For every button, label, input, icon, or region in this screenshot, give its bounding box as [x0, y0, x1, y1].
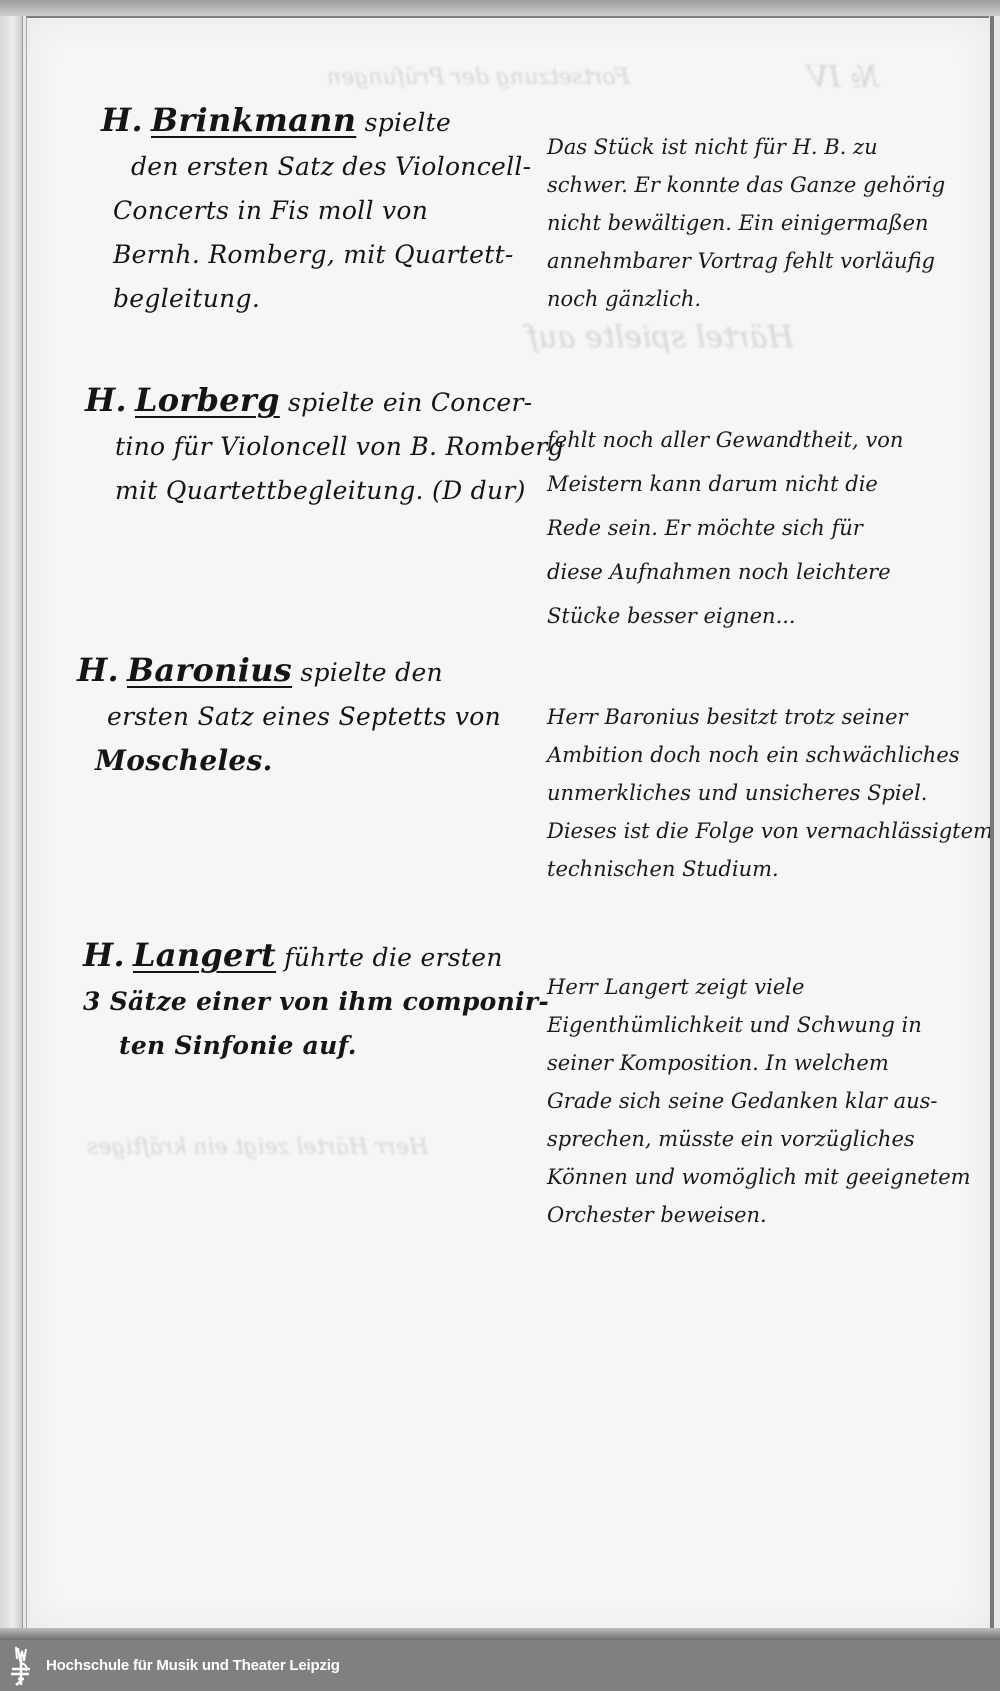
manuscript-page: Fortsetzung der Prüfungen № IV Härtel sp… — [26, 16, 989, 1630]
entry-text: spielte den — [300, 658, 443, 687]
critique-text: schwer. Er konnte das Ganze gehörig — [547, 166, 945, 204]
bleed-through-text: Herr Härtel zeigt ein kräftiges — [87, 1128, 428, 1168]
critique-text: Stücke besser eignen... — [547, 594, 903, 638]
page-top-edge — [0, 0, 1000, 16]
entry-text: führte die ersten — [284, 943, 503, 972]
bleed-through-text: Härtel spielte auf — [527, 318, 794, 358]
critique-text: noch gänzlich. — [547, 280, 945, 318]
critique-text: technischen Studium. — [547, 850, 993, 888]
entry-text: Moscheles. — [77, 739, 501, 783]
critique-text: Herr Baronius besitzt trotz seiner — [547, 698, 993, 736]
critique-text: annehmbarer Vortrag fehlt vorläufig — [547, 242, 945, 280]
critique-text: seiner Komposition. In welchem — [547, 1044, 971, 1082]
critique-text: Ambition doch noch ein schwächliches — [547, 736, 993, 774]
page-bottom-edge — [0, 1628, 1000, 1640]
entry-text: spielte ein Concer- — [288, 388, 532, 417]
title-prefix: H. — [85, 381, 127, 419]
binding-edge — [0, 0, 23, 1640]
performer-name: Langert — [133, 936, 276, 974]
title-prefix: H. — [77, 651, 119, 689]
performer-name: Brinkmann — [151, 101, 356, 139]
critique-text: sprechen, müsste ein vorzügliches — [547, 1120, 971, 1158]
critique-langert: Herr Langert zeigt viele Eigenthümlichke… — [547, 968, 971, 1234]
performer-entry-baronius: H.Baronius spielte den ersten Satz eines… — [77, 648, 501, 783]
entry-text: spielte — [365, 108, 452, 137]
entry-text: tino für Violoncell von B. Romberg — [85, 425, 564, 469]
critique-text: Dieses ist die Folge von vernachlässigte… — [547, 812, 993, 850]
critique-text: unmerkliches und unsicheres Spiel. — [547, 774, 993, 812]
institution-name: Hochschule für Musik und Theater Leipzig — [46, 1657, 340, 1674]
critique-text: fehlt noch aller Gewandtheit, von — [547, 418, 903, 462]
performer-entry-brinkmann: H.Brinkmann spielte den ersten Satz des … — [101, 98, 531, 321]
bleed-through-text: Fortsetzung der Prüfungen — [327, 58, 630, 98]
entry-text: Concerts in Fis moll von — [101, 189, 531, 233]
critique-lorberg: fehlt noch aller Gewandtheit, von Meiste… — [547, 418, 903, 638]
entry-text: 3 Sätze einer von ihm componir- — [83, 980, 549, 1024]
entry-heading: H.Brinkmann spielte — [101, 98, 531, 145]
entry-heading: H.Langert führte die ersten — [83, 933, 549, 980]
critique-text: Grade sich seine Gedanken klar aus- — [547, 1082, 971, 1120]
critique-text: Das Stück ist nicht für H. B. zu — [547, 128, 945, 166]
entry-text: den ersten Satz des Violoncell- — [101, 145, 531, 189]
entry-text: Bernh. Romberg, mit Quartett- — [101, 233, 531, 277]
entry-heading: H.Baronius spielte den — [77, 648, 501, 695]
critique-text: Meistern kann darum nicht die — [547, 462, 903, 506]
critique-text: diese Aufnahmen noch leichtere — [547, 550, 903, 594]
critique-text: Orchester beweisen. — [547, 1196, 971, 1234]
scanned-page-image: Fortsetzung der Prüfungen № IV Härtel sp… — [0, 0, 1000, 1640]
entry-heading: H.Lorberg spielte ein Concer- — [85, 378, 564, 425]
performer-name: Lorberg — [135, 381, 280, 419]
critique-baronius: Herr Baronius besitzt trotz seiner Ambit… — [547, 698, 993, 888]
critique-text: Rede sein. Er möchte sich für — [547, 506, 903, 550]
critique-text: Eigenthümlichkeit und Schwung in — [547, 1006, 971, 1044]
entry-text: mit Quartettbegleitung. (D dur) — [85, 469, 564, 513]
critique-text: Können und womöglich mit geeignetem — [547, 1158, 971, 1196]
page-right-edge — [990, 16, 994, 1640]
critique-text: Herr Langert zeigt viele — [547, 968, 971, 1006]
hmt-leipzig-logo-icon — [8, 1645, 34, 1687]
title-prefix: H. — [83, 936, 125, 974]
entry-text: begleitung. — [101, 277, 531, 321]
title-prefix: H. — [101, 101, 143, 139]
critique-brinkmann: Das Stück ist nicht für H. B. zu schwer.… — [547, 128, 945, 318]
institution-footer: Hochschule für Musik und Theater Leipzig — [0, 1640, 1000, 1691]
performer-name: Baronius — [127, 651, 292, 689]
entry-text: ersten Satz eines Septetts von — [77, 695, 501, 739]
performer-entry-lorberg: H.Lorberg spielte ein Concer- tino für V… — [85, 378, 564, 513]
performer-entry-langert: H.Langert führte die ersten 3 Sätze eine… — [83, 933, 549, 1068]
entry-text: ten Sinfonie auf. — [83, 1024, 549, 1068]
critique-text: nicht bewältigen. Ein einigermaßen — [547, 204, 945, 242]
page-marker: № IV — [807, 58, 878, 98]
